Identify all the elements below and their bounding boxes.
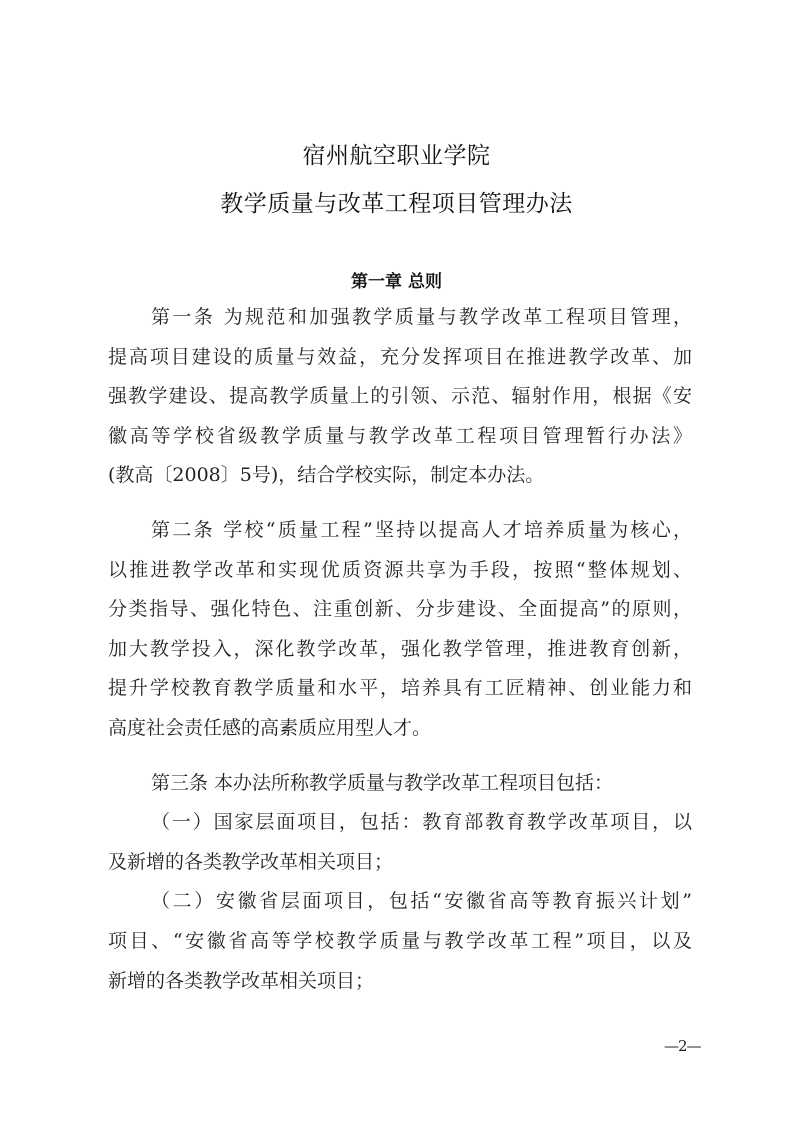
- article-2: 第二条 学校“质量工程”坚持以提高人才培养质量为核心， 以推进教学改革和实现优质…: [108, 511, 692, 749]
- article-1-line: (教高〔2008〕5号)，结合学校实际，制定本办法。: [108, 456, 692, 496]
- article-1-line: 强教学建设、提高教学质量上的引领、示范、辐射作用，根据《安: [108, 377, 692, 417]
- article-3-item-2-line: 新增的各类教学改革相关项目；: [108, 962, 692, 1002]
- article-2-line: 第二条 学校“质量工程”坚持以提高人才培养质量为核心，: [108, 511, 692, 551]
- article-2-line: 分类指导、强化特色、注重创新、分步建设、全面提高”的原则，: [108, 590, 692, 630]
- article-3-item-2-line: （二）安徽省层面项目，包括“安徽省高等教育振兴计划”: [108, 882, 692, 922]
- article-2-line: 以推进教学改革和实现优质资源共享为手段，按照“整体规划、: [108, 551, 692, 591]
- document-body: 第一条 为规范和加强教学质量与教学改革工程项目管理， 提高项目建设的质量与效益，…: [108, 298, 692, 1001]
- article-3-item-1-line: 及新增的各类教学改革相关项目；: [108, 843, 692, 883]
- article-1: 第一条 为规范和加强教学质量与教学改革工程项目管理， 提高项目建设的质量与效益，…: [108, 298, 692, 496]
- page-number: —2—: [664, 1037, 701, 1055]
- document-title-institution: 宿州航空职业学院: [0, 142, 793, 170]
- article-1-line: 第一条 为规范和加强教学质量与教学改革工程项目管理，: [108, 298, 692, 338]
- article-3-item-1-line: （一）国家层面项目，包括：教育部教育教学改革项目，以: [108, 803, 692, 843]
- article-2-line: 加大教学投入，深化教学改革，强化教学管理，推进教育创新，: [108, 630, 692, 670]
- article-1-line: 提高项目建设的质量与效益，充分发挥项目在推进教学改革、加: [108, 338, 692, 378]
- article-2-line: 高度社会责任感的高素质应用型人才。: [108, 709, 692, 749]
- article-1-line: 徽高等学校省级教学质量与教学改革工程项目管理暂行办法》: [108, 417, 692, 457]
- article-2-line: 提升学校教育教学质量和水平，培养具有工匠精神、创业能力和: [108, 669, 692, 709]
- document-page: 宿州航空职业学院 教学质量与改革工程项目管理办法 第一章 总则 第一条 为规范和…: [0, 0, 793, 1122]
- article-3-line: 第三条 本办法所称教学质量与教学改革工程项目包括：: [108, 764, 692, 804]
- article-3-item-2-line: 项目、“安徽省高等学校教学质量与教学改革工程”项目，以及: [108, 922, 692, 962]
- article-3: 第三条 本办法所称教学质量与教学改革工程项目包括： （一）国家层面项目，包括：教…: [108, 764, 692, 1002]
- chapter-heading: 第一章 总则: [0, 271, 793, 293]
- document-title-regulation: 教学质量与改革工程项目管理办法: [0, 190, 793, 218]
